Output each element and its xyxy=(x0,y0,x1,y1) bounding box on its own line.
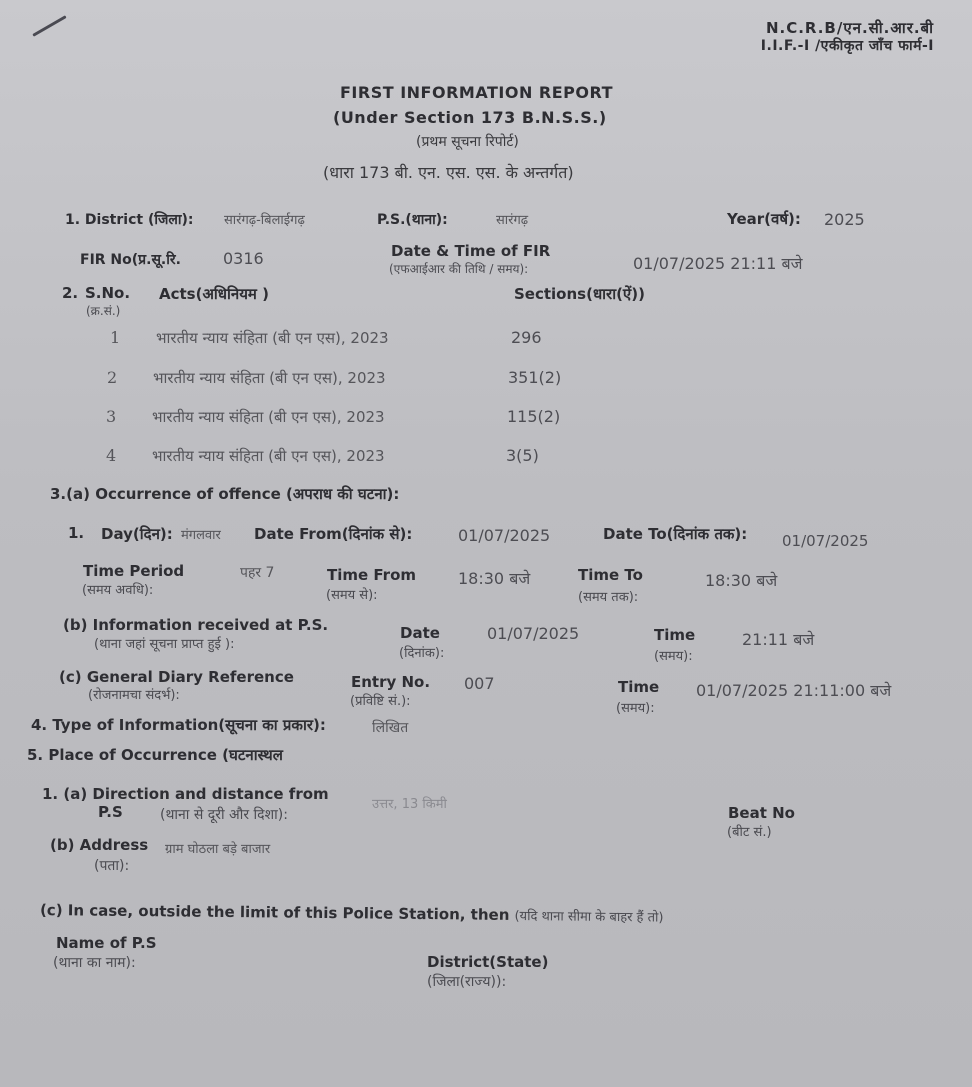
direction-value: उत्तर, 13 किमी xyxy=(372,794,447,812)
direction-label: 1. (a) Direction and distance from xyxy=(42,785,329,803)
fir-no-value: 0316 xyxy=(223,249,264,268)
gd-time-value: 01/07/2025 21:11:00 बजे xyxy=(696,679,891,701)
info-date-label: Date xyxy=(400,624,440,642)
entry-no-label: Entry No. xyxy=(351,673,430,691)
district-state-label: District(State) xyxy=(427,953,548,971)
time-period-value: पहर 7 xyxy=(240,563,274,582)
occurrence-item-number: 1. xyxy=(68,524,84,542)
ps-name-label: Name of P.S xyxy=(56,934,157,952)
act-row-name: भारतीय न्याय संहिता (बी एन एस), 2023 xyxy=(152,407,385,427)
place-of-occurrence-label: 5. Place of Occurrence (घटनास्थल xyxy=(27,745,283,765)
info-date-value: 01/07/2025 xyxy=(487,624,579,643)
act-row-sno: 3 xyxy=(106,407,116,426)
iif-code: I.I.F.-I /एकीकृत जाँच फार्म-I xyxy=(761,36,934,55)
info-time-label: Time xyxy=(654,626,695,644)
entry-no-value: 007 xyxy=(464,674,495,693)
outside-limit-label: (c) In case, outside the limit of this P… xyxy=(40,901,510,924)
outside-limit-row: (c) In case, outside the limit of this P… xyxy=(40,900,664,926)
time-from-label: Time From xyxy=(327,566,416,584)
day-label: Day(दिन): xyxy=(101,524,173,544)
info-type-label: 4. Type of Information(सूचना का प्रकार): xyxy=(31,715,326,735)
time-to-value: 18:30 बजे xyxy=(705,569,777,591)
gd-reference-label-hi: (रोजनामचा संदर्भ): xyxy=(88,685,180,703)
date-to-value: 01/07/2025 xyxy=(782,532,868,550)
act-row-section: 296 xyxy=(511,328,542,347)
direction-label-ps: P.S xyxy=(98,803,123,821)
occurrence-heading: 3.(a) Occurrence of offence (अपराध की घट… xyxy=(50,484,399,504)
beat-no-label-hi: (बीट सं.) xyxy=(727,822,772,840)
direction-label-hi: (थाना से दूरी और दिशा): xyxy=(160,805,288,824)
district-label: 1. District (जिला): xyxy=(65,210,193,229)
sno-header-hi: (क्र.सं.) xyxy=(86,302,120,319)
info-time-value: 21:11 बजे xyxy=(742,628,814,650)
report-title: FIRST INFORMATION REPORT xyxy=(340,83,613,102)
time-to-label-hi: (समय तक): xyxy=(578,587,638,605)
time-from-label-hi: (समय से): xyxy=(326,585,378,603)
ps-value: सारंगढ़ xyxy=(496,210,528,228)
address-label: (b) Address xyxy=(50,836,148,854)
sno-header: S.No. xyxy=(85,284,130,302)
year-label: Year(वर्ष): xyxy=(727,209,801,229)
beat-no-label: Beat No xyxy=(728,804,795,822)
date-to-label: Date To(दिनांक तक): xyxy=(603,524,747,544)
section2-number: 2. xyxy=(62,284,78,302)
district-state-label-hi: (जिला(राज्य)): xyxy=(427,972,506,991)
date-from-value: 01/07/2025 xyxy=(458,526,550,545)
act-row-section: 3(5) xyxy=(506,446,539,465)
info-received-label-hi: (थाना जहां सूचना प्राप्त हुई ): xyxy=(94,634,234,652)
fir-datetime-label-hi: (एफआईआर की तिथि / समय): xyxy=(389,260,528,277)
fir-no-label: FIR No(प्र.सू.रि. xyxy=(80,250,181,269)
info-received-label: (b) Information received at P.S. xyxy=(63,616,328,634)
act-row-section: 115(2) xyxy=(507,407,560,426)
ps-name-label-hi: (थाना का नाम): xyxy=(53,953,136,972)
info-type-value: लिखित xyxy=(372,718,408,737)
info-date-label-hi: (दिनांक): xyxy=(399,643,444,661)
act-row-name: भारतीय न्याय संहिता (बी एन एस), 2023 xyxy=(152,446,385,466)
pen-stroke-mark xyxy=(32,15,66,37)
act-row-section: 351(2) xyxy=(508,368,561,387)
act-row-sno: 4 xyxy=(106,446,116,465)
gd-reference-label: (c) General Diary Reference xyxy=(59,668,294,686)
act-row-sno: 1 xyxy=(110,328,120,347)
ncrb-code: N.C.R.B/एन.सी.आर.बी xyxy=(766,18,934,38)
ps-label: P.S.(थाना): xyxy=(377,210,448,229)
fir-datetime-value: 01/07/2025 21:11 बजे xyxy=(633,252,803,274)
address-label-hi: (पता): xyxy=(94,856,129,875)
time-to-label: Time To xyxy=(578,566,643,584)
address-value: ग्राम घोठला बड़े बाजार xyxy=(165,839,270,857)
gd-time-label: Time xyxy=(618,678,659,696)
act-row-name: भारतीय न्याय संहिता (बी एन एस), 2023 xyxy=(153,368,386,388)
outside-limit-label-hi: (यदि थाना सीमा के बाहर हैं तो) xyxy=(514,909,663,926)
sections-header: Sections(धारा(ऐं)) xyxy=(514,284,645,304)
date-from-label: Date From(दिनांक से): xyxy=(254,524,412,544)
report-subtitle-hi: (प्रथम सूचना रिपोर्ट) xyxy=(416,132,519,151)
time-period-label: Time Period xyxy=(83,562,184,580)
act-row-sno: 2 xyxy=(107,368,117,387)
day-value: मंगलवार xyxy=(181,525,221,543)
entry-no-label-hi: (प्रविष्टि सं.): xyxy=(350,691,411,709)
info-time-label-hi: (समय): xyxy=(654,646,693,664)
year-value: 2025 xyxy=(824,210,865,229)
report-subtitle-en: (Under Section 173 B.N.S.S.) xyxy=(333,108,607,127)
time-period-label-hi: (समय अवधि): xyxy=(82,580,153,598)
acts-header: Acts(अधिनियम ) xyxy=(159,284,269,304)
time-from-value: 18:30 बजे xyxy=(458,567,530,589)
gd-time-label-hi: (समय): xyxy=(616,698,655,716)
act-row-name: भारतीय न्याय संहिता (बी एन एस), 2023 xyxy=(156,328,389,348)
fir-datetime-label: Date & Time of FIR xyxy=(391,242,550,260)
report-subtitle-hi2: (धारा 173 बी. एन. एस. एस. के अन्तर्गत) xyxy=(323,161,574,183)
district-value: सारंगढ़-बिलाईगढ़ xyxy=(224,210,305,228)
